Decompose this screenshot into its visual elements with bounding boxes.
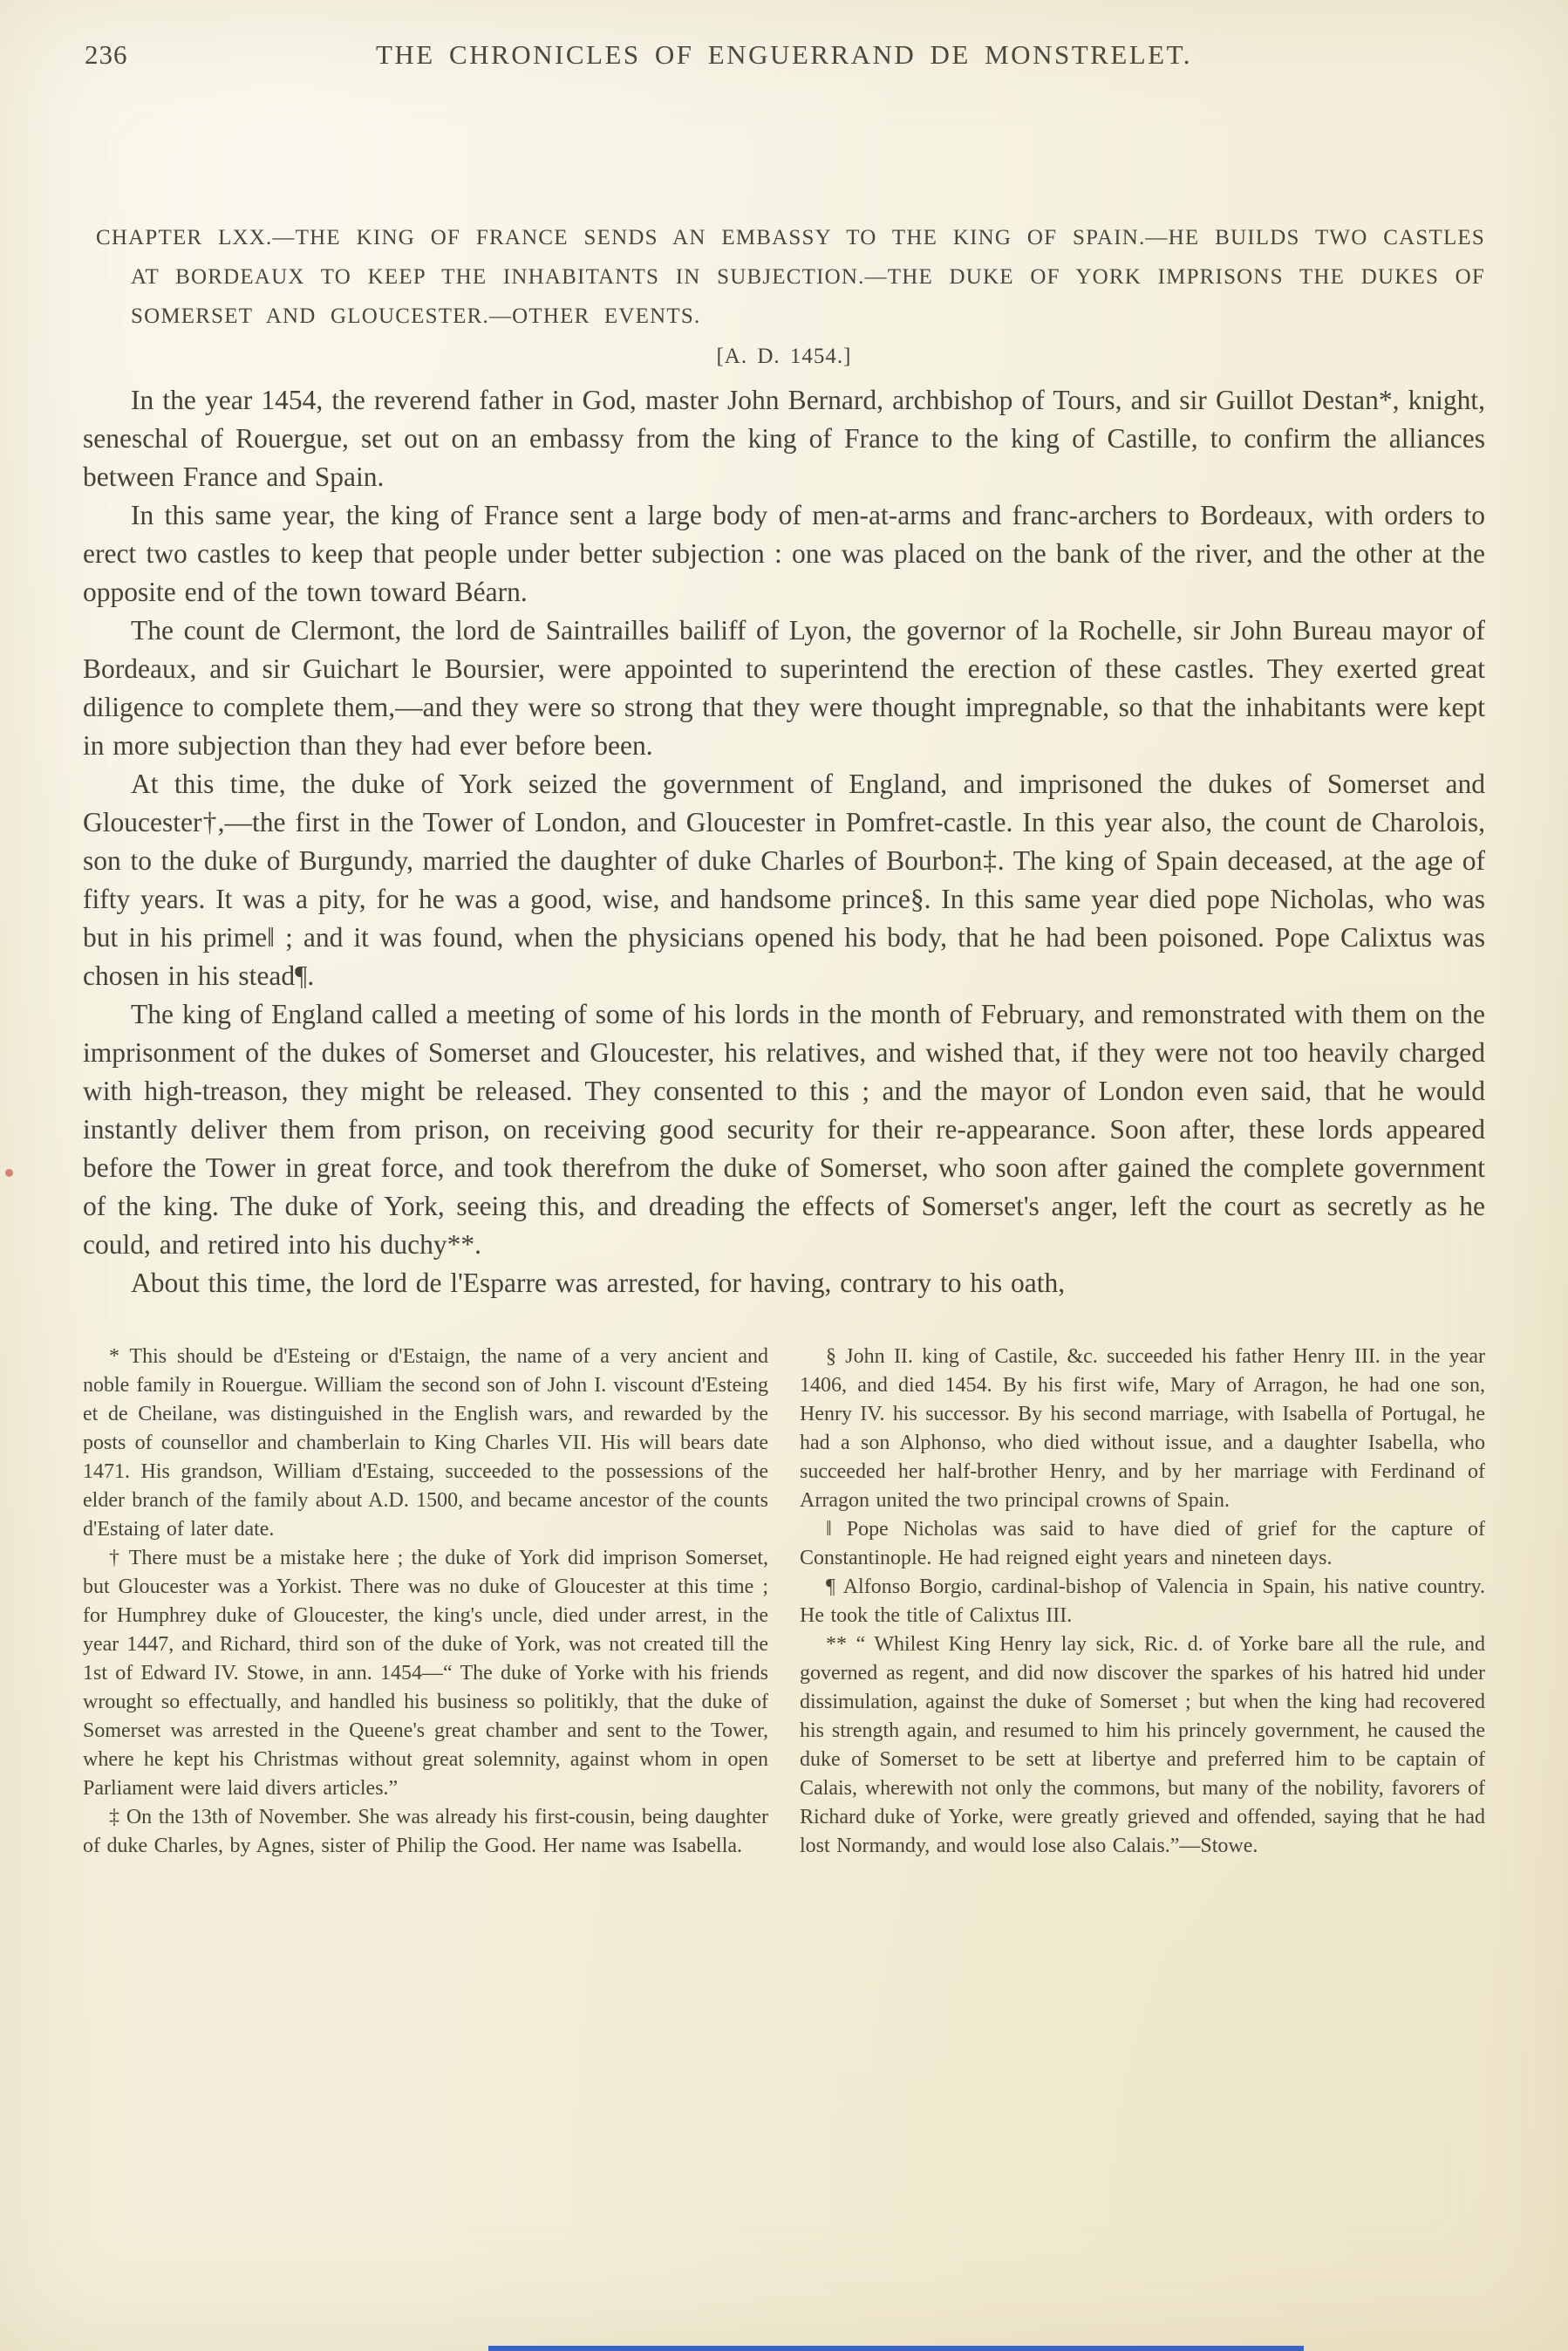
body-paragraph: About this time, the lord de l'Esparre w… <box>83 1264 1485 1302</box>
footnote: ¶ Alfonso Borgio, cardinal-bishop of Val… <box>800 1573 1485 1630</box>
running-header: THE CHRONICLES OF ENGUERRAND DE MONSTREL… <box>83 39 1485 71</box>
bottom-edge-strip <box>488 2346 1304 2351</box>
chapter-heading: CHAPTER LXX.—THE KING OF FRANCE SENDS AN… <box>83 218 1485 336</box>
body-paragraph: In the year 1454, the reverend father in… <box>83 381 1485 496</box>
date-line: [A. D. 1454.] <box>83 345 1485 369</box>
footnotes: * This should be d'Esteing or d'Estaign,… <box>83 1343 1485 1861</box>
body-paragraph: The count de Clermont, the lord de Saint… <box>83 612 1485 765</box>
footnote: † There must be a mistake here ; the duk… <box>83 1544 768 1803</box>
page-content: 236 THE CHRONICLES OF ENGUERRAND DE MONS… <box>83 39 1485 1861</box>
page-number: 236 <box>85 39 128 71</box>
footnote: ** “ Whilest King Henry lay sick, Ric. d… <box>800 1630 1485 1861</box>
paper-speck <box>5 1169 13 1177</box>
body-text: In the year 1454, the reverend father in… <box>83 381 1485 1302</box>
footnotes-left-column: * This should be d'Esteing or d'Estaign,… <box>83 1343 768 1861</box>
body-paragraph: In this same year, the king of France se… <box>83 496 1485 612</box>
footnote: ‖ Pope Nicholas was said to have died of… <box>800 1515 1485 1573</box>
footnote: ‡ On the 13th of November. She was alrea… <box>83 1803 768 1861</box>
body-paragraph: At this time, the duke of York seized th… <box>83 765 1485 995</box>
footnote: § John II. king of Castile, &c. succeede… <box>800 1343 1485 1515</box>
footnote: * This should be d'Esteing or d'Estaign,… <box>83 1343 768 1544</box>
book-page-scan: 236 THE CHRONICLES OF ENGUERRAND DE MONS… <box>0 0 1568 2351</box>
page-header: 236 THE CHRONICLES OF ENGUERRAND DE MONS… <box>83 39 1485 74</box>
body-paragraph: The king of England called a meeting of … <box>83 995 1485 1264</box>
footnotes-right-column: § John II. king of Castile, &c. succeede… <box>800 1343 1485 1861</box>
